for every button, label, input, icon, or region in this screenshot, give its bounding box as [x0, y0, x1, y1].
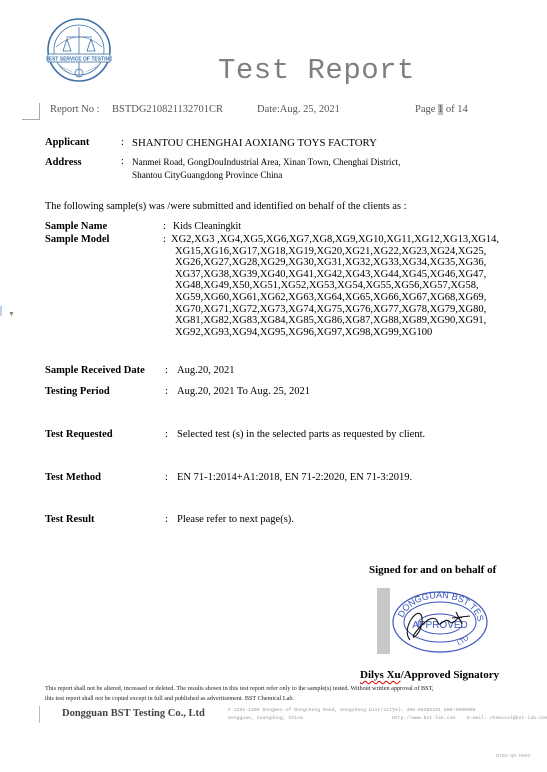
- sample-received-label: Sample Received Date: [45, 365, 145, 376]
- applicant-colon: :: [121, 137, 124, 148]
- sample-model-colon: :: [163, 234, 166, 245]
- sample-model-line: XG92,XG93,XG94,XG95,XG96,XG97,XG98,XG99,…: [171, 327, 499, 339]
- left-margin-bar: [0, 306, 2, 316]
- report-date: Date:Aug. 25, 2021: [257, 104, 340, 115]
- disclaimer: This report shall not be altered, increa…: [45, 684, 433, 703]
- approval-stamp: DONGGUAN BST TESTING CO. LTD APPROVED: [377, 588, 490, 654]
- svg-text:BEST SERVICE OF TESTING: BEST SERVICE OF TESTING: [46, 56, 112, 62]
- disclaimer-line2: this test report shall not be copied exc…: [45, 694, 433, 704]
- test-requested-colon: :: [165, 429, 168, 440]
- sample-model-line: XG15,XG16,XG17,XG18,XG19,XG20,XG21,XG22,…: [171, 246, 499, 258]
- signed-for-text: Signed for and on behalf of: [369, 564, 496, 576]
- footer-address-line2: Dongguan, Guangdong, China: [228, 715, 395, 723]
- sample-model-line: XG48,XG49,X50,XG51,XG52,XG53,XG54,XG55,X…: [171, 280, 499, 292]
- sample-received-value: Aug.20, 2021: [177, 365, 234, 376]
- footer-contact: Tel: 400-88295281 800-9990005 Http://www…: [392, 707, 547, 723]
- footer-address-line1: # 1201-1206 Dongmen of Dongcheng Road, D…: [228, 707, 395, 715]
- testing-period-colon: :: [165, 386, 168, 397]
- page-prefix: Page: [415, 104, 438, 115]
- sample-model-line: XG26,XG27,XG28,XG29,XG30,XG31,XG32,XG33,…: [171, 257, 499, 269]
- sample-name-colon: :: [163, 221, 166, 232]
- footer-company-name: Dongguan BST Testing Co., Ltd: [62, 708, 205, 719]
- sample-model-line: XG59,XG60,XG61,XG62,XG63,XG64,XG65,XG66,…: [171, 292, 499, 304]
- footer-company: Dongguan BST Testing Co., Ltd: [62, 708, 205, 719]
- testing-period-label: Testing Period: [45, 386, 110, 397]
- address-colon: :: [121, 156, 124, 167]
- footer-address: # 1201-1206 Dongmen of Dongcheng Road, D…: [228, 707, 395, 723]
- signatory-title: /Approved Signatory: [401, 669, 500, 681]
- sample-name-label: Sample Name: [45, 221, 107, 232]
- signatory: Dilys Xu/Approved Signatory: [360, 669, 499, 681]
- address-line2: Shantou CityGuangdong Province China: [132, 170, 282, 180]
- sample-model-line: XG37,XG38,XG39,XG40,XG41,XG42,XG43,XG44,…: [171, 269, 499, 281]
- sample-model-line: XG2,XG3 ,XG4,XG5,XG6,XG7,XG8,XG9,XG10,XG…: [171, 234, 499, 246]
- test-result-colon: :: [165, 514, 168, 525]
- sample-model-line: XG81,XG82,XG83,XG84,XG85,XG86,XG87,XG88,…: [171, 315, 499, 327]
- report-no-label: Report No :: [50, 104, 100, 115]
- address-line1-text: Nanmei Road, GongDouIndustrial Area, Xin…: [132, 157, 400, 167]
- test-result-label: Test Result: [45, 514, 95, 525]
- page-suffix: of 14: [443, 104, 468, 115]
- test-method-colon: :: [165, 472, 168, 483]
- applicant-label: Applicant: [45, 137, 89, 148]
- page-indicator: Page 1 of 14: [415, 104, 468, 115]
- sample-received-colon: :: [165, 365, 168, 376]
- footer-email[interactable]: E-mail: chemical@bst-lab.com: [467, 716, 547, 721]
- sample-model-line: XG70,XG71,XG72,XG73,XG74,XG75,XG76,XG77,…: [171, 304, 499, 316]
- test-requested-label: Test Requested: [45, 429, 113, 440]
- test-requested-value: Selected test (s) in the selected parts …: [177, 429, 425, 440]
- report-no: BSTDG210821132701CR: [112, 104, 223, 115]
- svg-text:DONGGUAN BST TESTING CO.: DONGGUAN BST TESTING CO.: [390, 588, 486, 622]
- sample-model-list: XG2,XG3 ,XG4,XG5,XG6,XG7,XG8,XG9,XG10,XG…: [171, 234, 499, 338]
- address-label: Address: [45, 157, 82, 168]
- signatory-name: Dilys Xu: [360, 669, 401, 681]
- tab-stop-marker-icon[interactable]: ▼: [8, 310, 15, 318]
- footer-margin-mark: [22, 706, 40, 723]
- applicant-value: SHANTOU CHENGHAI AOXIANG TOYS FACTORY: [132, 137, 377, 149]
- test-result-value: Please refer to next page(s).: [177, 514, 294, 525]
- document-code: BTDG-QS-R002: [496, 754, 531, 759]
- test-method-label: Test Method: [45, 472, 101, 483]
- intro-text: The following sample(s) was /were submit…: [45, 201, 406, 212]
- bst-logo: BEST SERVICE OF TESTING: [46, 17, 112, 83]
- footer-web[interactable]: Http://www.bst-lab.com: [392, 716, 455, 721]
- testing-period-value: Aug.20, 2021 To Aug. 25, 2021: [177, 386, 310, 397]
- sample-model-label: Sample Model: [45, 234, 109, 245]
- disclaimer-line1: This report shall not be altered, increa…: [45, 684, 433, 694]
- address-line1: Nanmei Road, GongDouIndustrial Area, Xin…: [132, 157, 400, 167]
- margin-corner-mark: [22, 103, 40, 120]
- page-title: Test Report: [218, 54, 415, 87]
- test-method-value: EN 71-1:2014+A1:2018, EN 71-2:2020, EN 7…: [177, 472, 412, 483]
- sample-name-value: Kids Cleaningkit: [173, 221, 241, 232]
- footer-tel: Tel: 400-88295281 800-9990005: [392, 707, 547, 715]
